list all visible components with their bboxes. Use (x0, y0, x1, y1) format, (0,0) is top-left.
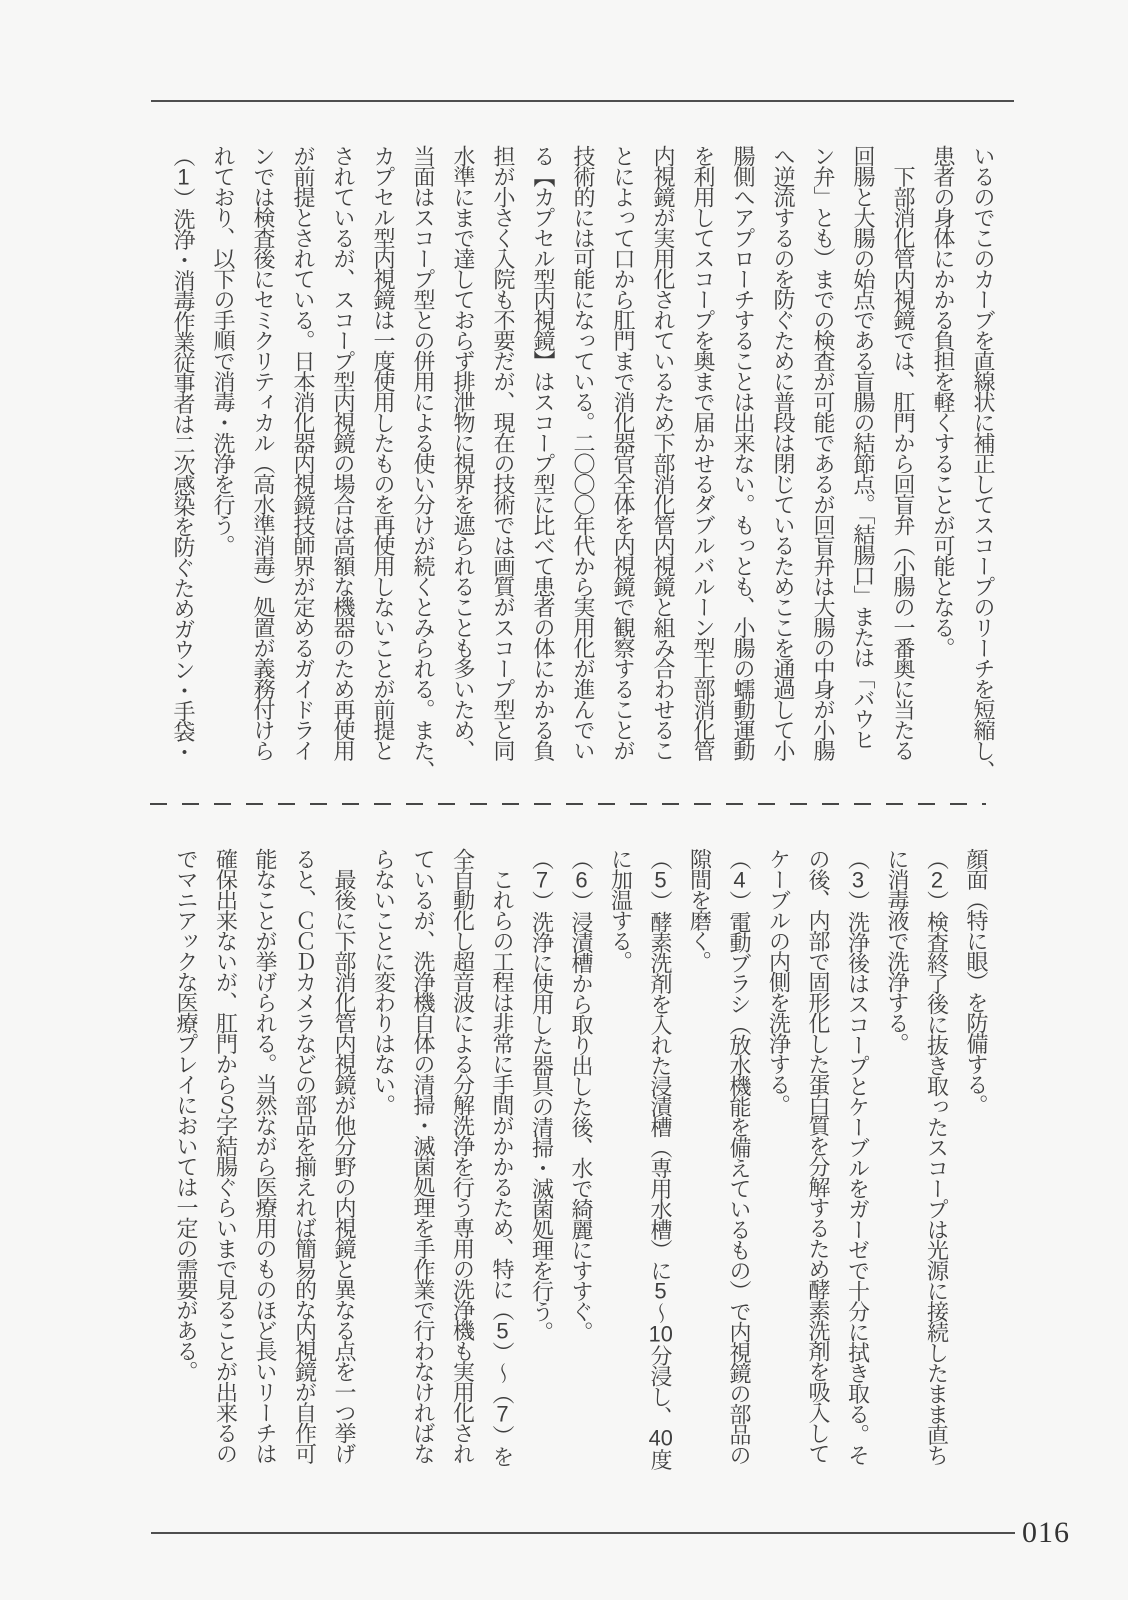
text-column: （1）洗浄・消毒作業従事者は二次感染を防ぐためガウン・手袋・ (163, 145, 203, 795)
text-column: る【カプセル型内視鏡】はスコープ型に比べて患者の体にかかる負 (523, 145, 563, 795)
text-column: 隙間を磨く。 (680, 848, 720, 1488)
bottom-text-block: 顔面（特に眼）を防備する。 （2）検査終了後に抜き取ったスコープは光源に接続した… (167, 848, 997, 1488)
text-column: ているが、洗浄機自体の清掃・滅菌処理を手作業で行わなければな (404, 848, 444, 1488)
text-column: されているが、スコープ型内視鏡の場合は高額な機器のため再使用 (323, 145, 363, 795)
text-column: 能なことが挙げられる。当然ながら医療用のものほど長いリーチは (246, 848, 286, 1488)
text-column: 腸側へアプローチすることは出来ない。もっとも、小腸の蠕動運動 (723, 145, 763, 795)
text-column: に消毒液で洗浄する。 (878, 848, 918, 1488)
text-column: ンでは検査後にセミクリティカル（高水準消毒）処置が義務付けら (243, 145, 283, 795)
text-column: 内視鏡が実用化されているため下部消化管内視鏡と組み合わせるこ (643, 145, 683, 795)
text-column: でマニアックな医療プレイにおいては一定の需要がある。 (167, 848, 207, 1488)
text-column: に加温する。 (601, 848, 641, 1488)
text-column: 患者の身体にかかる負担を軽くすることが可能となる。 (923, 145, 963, 795)
text-column: ケーブルの内側を洗浄する。 (759, 848, 799, 1488)
text-column: 顔面（特に眼）を防備する。 (957, 848, 997, 1488)
text-column: （5）酵素洗剤を入れた浸漬槽（専用水槽）に5〜10分浸し、40度 (641, 848, 681, 1488)
text-column: （2）検査終了後に抜き取ったスコープは光源に接続したまま直ち (917, 848, 957, 1488)
book-page: いるのでこのカーブを直線状に補正してスコープのリーチを短縮し、 患者の身体にかか… (0, 0, 1128, 1600)
text-column: ると、ＣＣＤカメラなどの部品を揃えれば簡易的な内視鏡が自作可 (285, 848, 325, 1488)
section-divider-dashed (150, 803, 986, 805)
text-column: これらの工程は非常に手間がかかるため、特に（5）〜（7）を (483, 848, 523, 1488)
page-number: 016 (1022, 1516, 1070, 1549)
text-column: が前提とされている。日本消化器内視鏡技師界が定めるガイドライ (283, 145, 323, 795)
top-text-block: いるのでこのカーブを直線状に補正してスコープのリーチを短縮し、 患者の身体にかか… (163, 145, 1003, 795)
text-column: 全自動化し超音波による分解洗浄を行う専用の洗浄機も実用化され (443, 848, 483, 1488)
text-column: とによって口から肛門まで消化器官全体を内視鏡で観察することが (603, 145, 643, 795)
top-rule (151, 100, 1014, 102)
text-column: 確保出来ないが、肛門からＳ字結腸ぐらいまで見ることが出来るの (206, 848, 246, 1488)
text-column: を利用してスコープを奥まで届かせるダブルバルーン型上部消化管 (683, 145, 723, 795)
text-column: カプセル型内視鏡は一度使用したものを再使用しないことが前提と (363, 145, 403, 795)
text-column: （3）洗浄後はスコープとケーブルをガーゼで十分に拭き取る。そ (838, 848, 878, 1488)
text-column: 回腸と大腸の始点である盲腸の結節点。「結腸口」または「バウヒ (843, 145, 883, 795)
text-column: （7）洗浄に使用した器具の清掃・滅菌処理を行う。 (522, 848, 562, 1488)
text-column: の後、内部で固形化した蛋白質を分解するため酵素洗剤を吸入して (799, 848, 839, 1488)
text-column: （4）電動ブラシ（放水機能を備えているもの）で内視鏡の部品の (720, 848, 760, 1488)
text-column: 技術的には可能になっている。二〇〇〇年代から実用化が進んでい (563, 145, 603, 795)
text-column: 最後に下部消化管内視鏡が他分野の内視鏡と異なる点を一つ挙げ (325, 848, 365, 1488)
text-column: 水準にまで達しておらず排泄物に視界を遮られることも多いため、 (443, 145, 483, 795)
text-column: 当面はスコープ型との併用による使い分けが続くとみられる。また、 (403, 145, 443, 795)
text-column: へ逆流するのを防ぐために普段は閉じているためここを通過して小 (763, 145, 803, 795)
text-column: らないことに変わりはない。 (364, 848, 404, 1488)
text-column: （6）浸漬槽から取り出した後、水で綺麗にすすぐ。 (562, 848, 602, 1488)
text-column: 担が小さく入院も不要だが、現在の技術では画質がスコープ型と同 (483, 145, 523, 795)
text-column: 下部消化管内視鏡では、肛門から回盲弁（小腸の一番奥に当たる (883, 145, 923, 795)
text-column: ン弁」とも）までの検査が可能であるが回盲弁は大腸の中身が小腸 (803, 145, 843, 795)
text-column: いるのでこのカーブを直線状に補正してスコープのリーチを短縮し、 (963, 145, 1003, 795)
text-column: れており、以下の手順で消毒・洗浄を行う。 (203, 145, 243, 795)
bottom-rule (151, 1532, 1015, 1534)
